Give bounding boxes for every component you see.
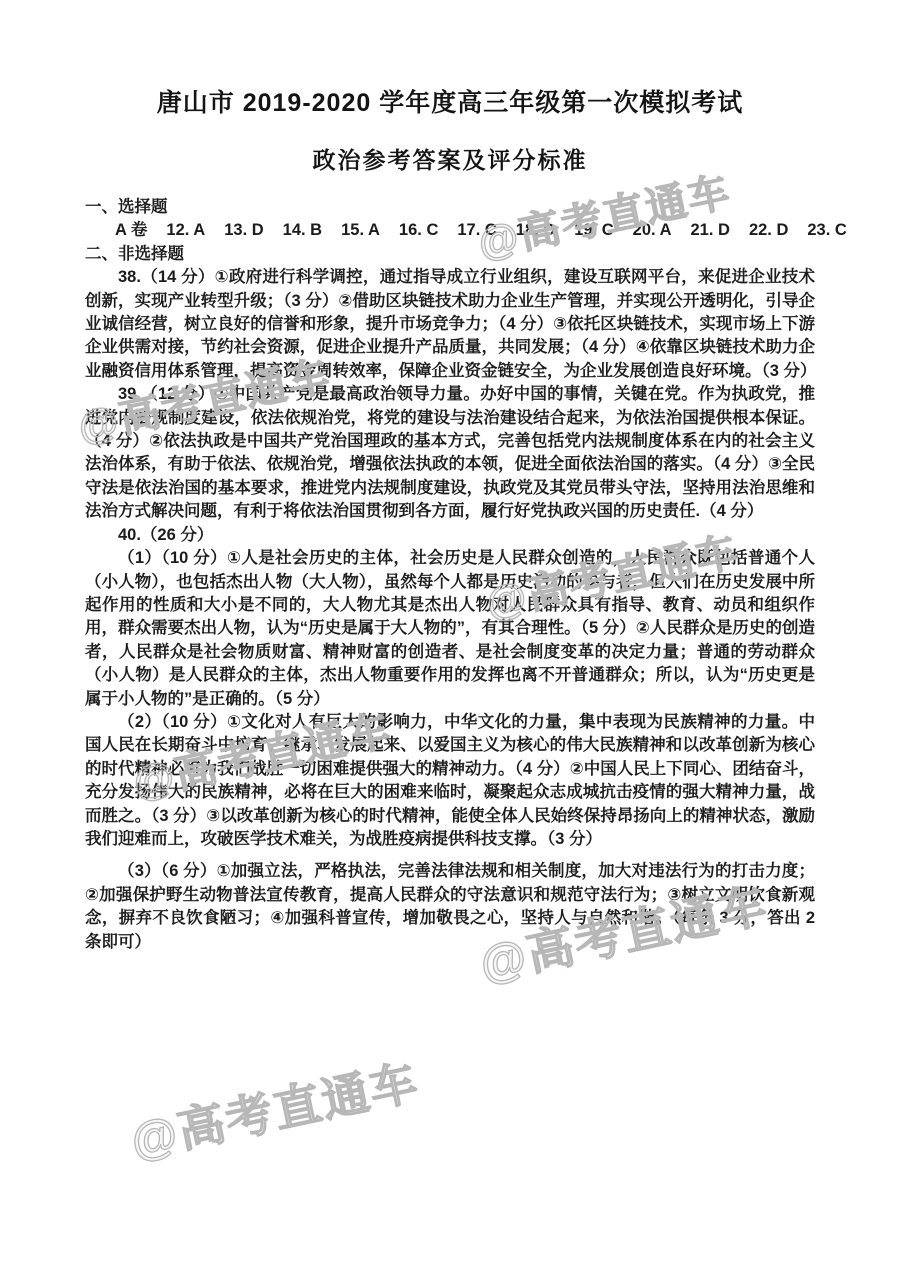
answer-paragraph-q40-part2: （2）（10 分）①文化对人有巨大的影响力，中华文化的力量，集中表现为民族精神的… — [85, 711, 815, 851]
answer-item: 16. C — [399, 219, 438, 242]
answer-item: 22. D — [749, 219, 788, 242]
answer-item: 13. D — [224, 219, 263, 242]
answer-item: 15. A — [341, 219, 380, 242]
answer-item: 19. C — [574, 219, 613, 242]
answer-paragraph-q39: 39.（12 分）①中国共产党是最高政治领导力量。办好中国的事情，关键在党。作为… — [85, 383, 815, 523]
document-content: 唐山市 2019-2020 学年度高三年级第一次模拟考试 政治参考答案及评分标准… — [85, 88, 815, 954]
answer-item: 17. C — [457, 219, 496, 242]
answer-item: 12. A — [166, 219, 205, 242]
answer-paragraph-q38: 38.（14 分）①政府进行科学调控，通过指导成立行业组织，建设互联网平台，来促… — [85, 266, 815, 383]
section-heading-choice: 一、选择题 — [85, 196, 815, 219]
answer-paragraph-q40-part3: （3）（6 分）①加强立法，严格执法，完善法律法规和相关制度，加大对违法行为的打… — [85, 860, 815, 954]
answer-key-subtitle: 政治参考答案及评分标准 — [85, 146, 815, 175]
exam-title: 唐山市 2019-2020 学年度高三年级第一次模拟考试 — [85, 88, 815, 119]
watermark-gaokao-zhitongche: @高考直通车 — [124, 1045, 424, 1171]
answer-item: 20. A — [633, 219, 672, 242]
answer-item: 14. B — [283, 219, 322, 242]
answer-item: 23. C — [807, 219, 846, 242]
section-heading-essay: 二、非选择题 — [85, 243, 815, 266]
answer-paragraph-q40-part1: （1）（10 分）①人是社会历史的主体，社会历史是人民群众创造的，人民群众既包括… — [85, 547, 815, 711]
answer-item: 21. D — [691, 219, 730, 242]
answer-item: 18. D — [516, 219, 555, 242]
paper-label: A 卷 — [115, 219, 147, 242]
choice-answers-row: A 卷 12. A13. D14. B15. A16. C17. C18. D1… — [115, 219, 815, 242]
answer-paragraph-q40-header: 40.（26 分） — [85, 524, 815, 547]
answer-sheet-page: 唐山市 2019-2020 学年度高三年级第一次模拟考试 政治参考答案及评分标准… — [0, 0, 900, 1272]
